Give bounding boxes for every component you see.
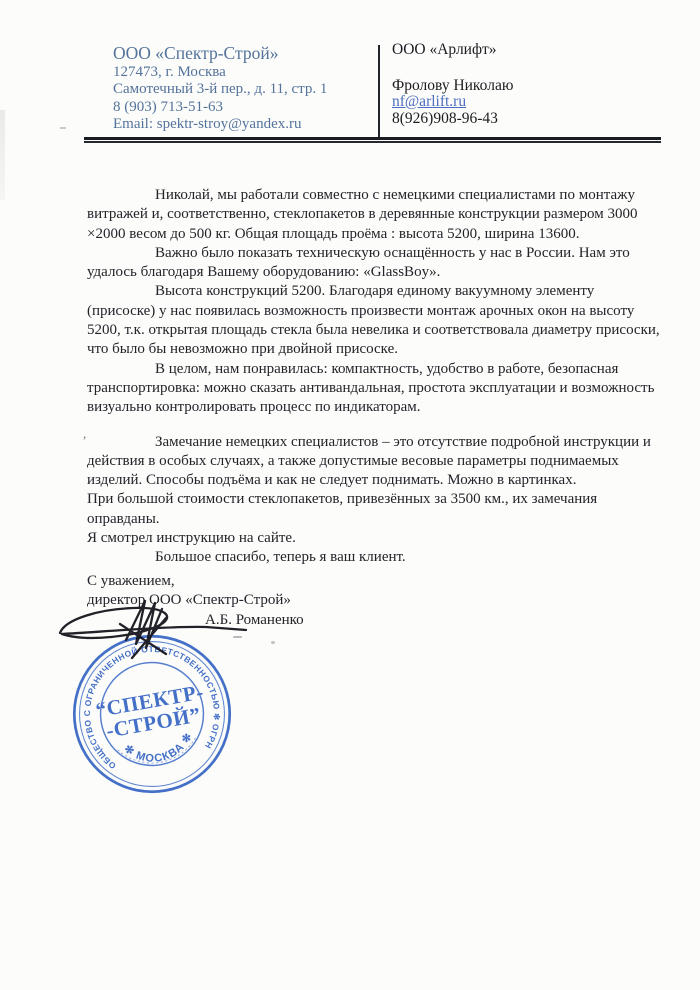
letterhead-vertical-divider	[378, 45, 380, 140]
scan-edge-smudge	[0, 110, 5, 200]
sender-address-line1: 127473, г. Москва	[113, 64, 327, 81]
recipient-email-link[interactable]: nf@arlift.ru	[392, 94, 513, 111]
scan-comma-artifact: ,	[83, 426, 86, 442]
paragraph-2: Важно было показать техническую оснащённ…	[87, 244, 672, 283]
sender-phone: 8 (903) 713-51-63	[113, 99, 327, 116]
paragraph-1: Николай, мы работали совместно с немецки…	[87, 186, 672, 244]
paragraph-3: Высота конструкций 5200. Благодаря едино…	[87, 282, 672, 359]
sender-email: Email: spektr-stroy@yandex.ru	[113, 116, 327, 133]
sender-address-line2: Самотечный 3-й пер., д. 11, стр. 1	[113, 81, 327, 98]
sender-company-name: ООО «Спектр-Строй»	[113, 42, 327, 64]
handwritten-signature	[48, 596, 268, 674]
scan-dash-artifact	[60, 127, 66, 129]
letter-body: Николай, мы работали совместно с немецки…	[87, 186, 672, 568]
signature-closing: С уважением,	[87, 572, 304, 591]
scan-dot-artifact-1	[233, 636, 242, 638]
paragraph-6: Большое спасибо, теперь я ваш клиент.	[87, 548, 672, 567]
recipient-phone: 8(926)908-96-43	[392, 111, 513, 128]
scan-dot-artifact-2	[271, 641, 275, 644]
recipient-block: ООО «Арлифт» Фролову Николаю nf@arlift.r…	[392, 42, 513, 127]
recipient-company-name: ООО «Арлифт»	[392, 42, 513, 59]
recipient-attention: Фролову Николаю	[392, 78, 513, 95]
paragraph-5: Замечание немецких специалистов – это от…	[87, 433, 672, 549]
paragraph-4: В целом, нам понравилась: компактность, …	[87, 360, 672, 418]
sender-block: ООО «Спектр-Строй» 127473, г. Москва Сам…	[113, 42, 327, 134]
letterhead-double-rule	[84, 137, 661, 143]
scanned-letter-page: ООО «Спектр-Строй» 127473, г. Москва Сам…	[0, 0, 700, 990]
